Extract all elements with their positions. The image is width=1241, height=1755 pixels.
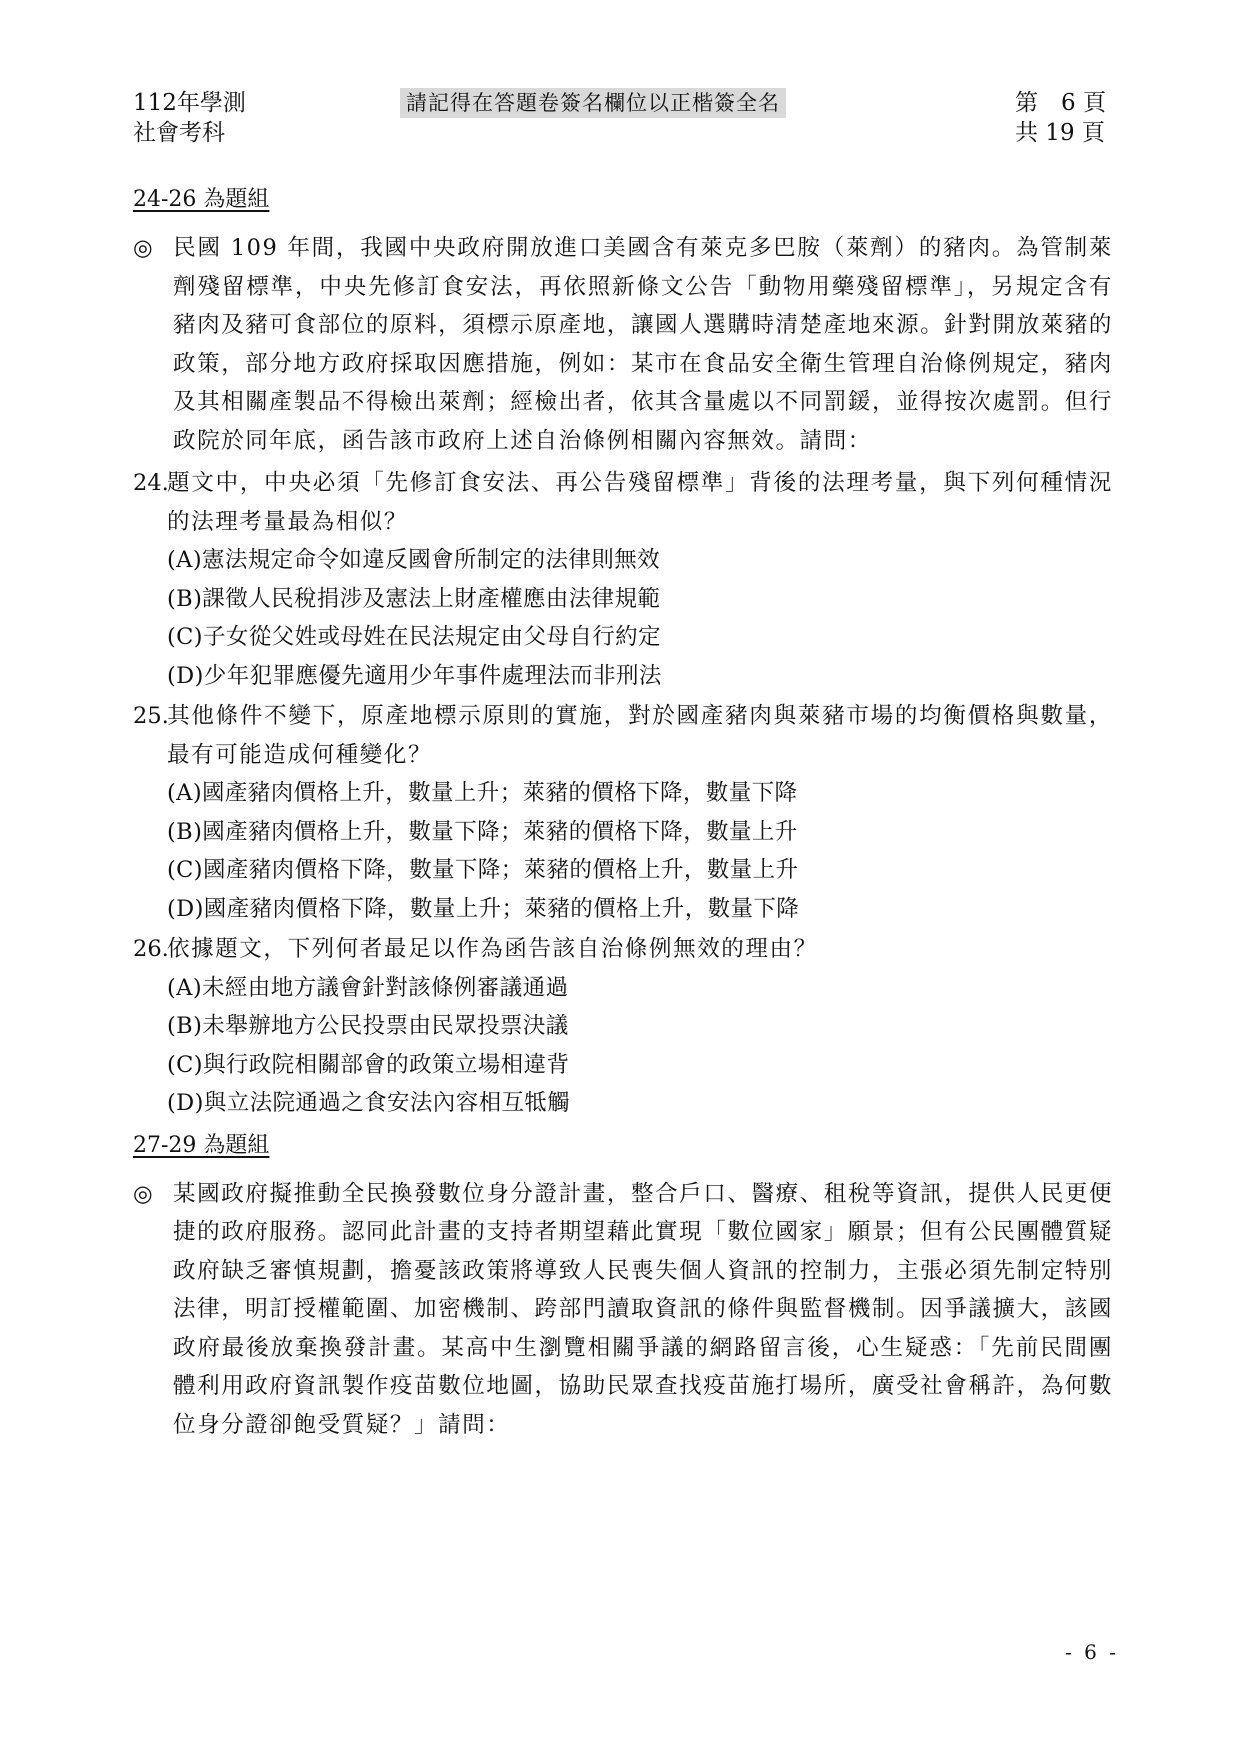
question-number: 26. (133, 930, 167, 969)
option-d: (D)國產豬肉價格下降，數量上升；萊豬的價格上升，數量下降 (167, 890, 1113, 929)
option-d: (D)與立法院通過之食安法內容相互牴觸 (167, 1084, 1113, 1123)
question-stem: 題文中，中央必須「先修訂食安法、再公告殘留標準」背後的法理考量，與下列何種情況的… (167, 470, 1113, 535)
option-b: (B)課徵人民稅捐涉及憲法上財產權應由法律規範 (167, 580, 1113, 619)
option-a: (A)憲法規定命令如違反國會所制定的法律則無效 (167, 541, 1113, 580)
option-a: (A)國產豬肉價格上升，數量上升；萊豬的價格下降，數量下降 (167, 774, 1113, 813)
question-stem: 其他條件不變下，原產地標示原則的實施，對於國產豬肉與萊豬市場的均衡價格與數量，最… (167, 703, 1113, 768)
option-d: (D)少年犯罪應優先適用少年事件處理法而非刑法 (167, 657, 1113, 696)
double-circle-icon: ◎ (133, 1175, 173, 1214)
question-stem: 依據題文，下列何者最足以作為函告該自治條例無效的理由？ (167, 936, 818, 962)
option-c: (C)與行政院相關部會的政策立場相違背 (167, 1046, 1113, 1085)
double-circle-icon: ◎ (133, 229, 173, 268)
header-right: 第 6 頁 共 19 頁 (1015, 88, 1106, 148)
question-number: 25. (133, 697, 167, 736)
page-number-footer: - 6 - (1065, 1640, 1119, 1664)
signature-reminder-banner: 請記得在答題卷簽名欄位以正楷簽全名 (400, 88, 786, 118)
passage: ◎民國 109 年間，我國中央政府開放進口美國含有萊克多巴胺（萊劑）的豬肉。為管… (133, 229, 1113, 460)
option-c: (C)子女從父姓或母姓在民法規定由父母自行約定 (167, 618, 1113, 657)
passage-text: 民國 109 年間，我國中央政府開放進口美國含有萊克多巴胺（萊劑）的豬肉。為管制… (173, 235, 1113, 454)
question-25: 25.其他條件不變下，原產地標示原則的實施，對於國產豬肉與萊豬市場的均衡價格與數… (133, 697, 1113, 928)
question-24: 24.題文中，中央必須「先修訂食安法、再公告殘留標準」背後的法理考量，與下列何種… (133, 464, 1113, 695)
option-b: (B)未舉辦地方公民投票由民眾投票決議 (167, 1007, 1113, 1046)
exam-title: 112年學測 (133, 88, 246, 118)
exam-content: 24-26 為題組 ◎民國 109 年間，我國中央政府開放進口美國含有萊克多巴胺… (133, 185, 1113, 1448)
option-c: (C)國產豬肉價格下降，數量下降；萊豬的價格上升，數量上升 (167, 851, 1113, 890)
passage: ◎某國政府擬推動全民換發數位身分證計畫，整合戶口、醫療、租稅等資訊，提供人民更便… (133, 1175, 1113, 1445)
page-total: 共 19 頁 (1015, 118, 1106, 148)
option-a: (A)未經由地方議會針對該條例審議通過 (167, 969, 1113, 1008)
question-number: 24. (133, 464, 167, 503)
question-group-24-26: 24-26 為題組 ◎民國 109 年間，我國中央政府開放進口美國含有萊克多巴胺… (133, 185, 1113, 1123)
option-b: (B)國產豬肉價格上升，數量下降；萊豬的價格下降，數量上升 (167, 813, 1113, 852)
question-group-27-29: 27-29 為題組 ◎某國政府擬推動全民換發數位身分證計畫，整合戶口、醫療、租稅… (133, 1131, 1113, 1445)
subject-title: 社會考科 (133, 118, 246, 148)
header-left: 112年學測 社會考科 (133, 88, 246, 148)
question-26: 26.依據題文，下列何者最足以作為函告該自治條例無效的理由？ (A)未經由地方議… (133, 930, 1113, 1123)
page-current: 第 6 頁 (1015, 88, 1106, 118)
group-title: 24-26 為題組 (133, 185, 1113, 215)
passage-text: 某國政府擬推動全民換發數位身分證計畫，整合戶口、醫療、租稅等資訊，提供人民更便捷… (173, 1181, 1113, 1438)
group-title: 27-29 為題組 (133, 1131, 1113, 1161)
